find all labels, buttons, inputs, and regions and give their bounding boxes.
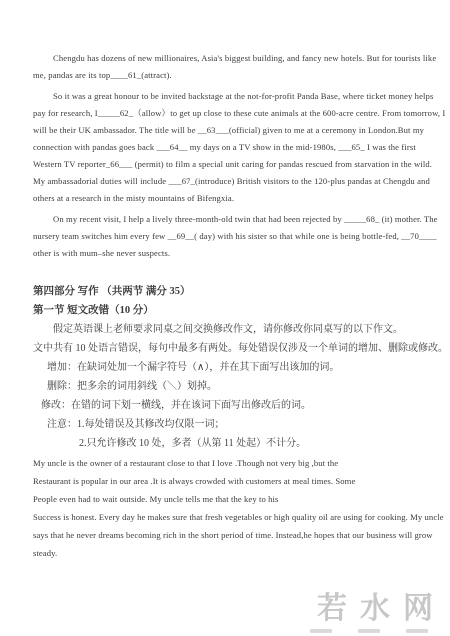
cloze-line: others at a research in the misty mounta… — [33, 190, 428, 207]
cloze-passage: Chengdu has dozens of new millionaires, … — [33, 50, 428, 262]
cloze-line: Western TV reporter_66___ (permit) to fi… — [33, 156, 428, 173]
watermark-mark — [310, 629, 332, 633]
note-line-2: 2.只允许修改 10 处，多者（从第 11 处起）不计分。 — [33, 434, 428, 453]
rule-add: 增加：在缺词处加一个漏字符号（∧），并在其下面写出该加的词。 — [33, 358, 428, 377]
cloze-paragraph: So it was a great honour to be invited b… — [33, 88, 428, 207]
cloze-paragraph: On my recent visit, I help a lively thre… — [33, 211, 428, 262]
writing-section: 第四部分 写作 （共两节 满分 35） 第一节 短文改错（10 分） 假定英语课… — [33, 282, 428, 453]
essay-line: steady. — [33, 544, 428, 562]
rule-modify: 修改：在错的词下划一横线，并在该词下面写出修改后的词。 — [33, 396, 428, 415]
note-line-1: 注意：1.每处错误及其修改均仅限一词； — [33, 415, 428, 434]
section-heading: 第一节 短文改错（10 分） — [33, 301, 428, 320]
exam-paper-page: Chengdu has dozens of new millionaires, … — [0, 0, 450, 636]
essay-line: says that he never dreams becoming rich … — [33, 526, 428, 544]
cloze-line: So it was a great honour to be invited b… — [33, 88, 428, 105]
instruction-intro: 假定英语课上老师要求同桌之间交换修改作文，请你修改你同桌写的以下作文。 — [33, 320, 428, 339]
cloze-line: will be their UK ambassador. The title w… — [33, 122, 428, 139]
essay-line: My uncle is the owner of a restaurant cl… — [33, 454, 428, 472]
watermark-mark — [358, 629, 380, 633]
cloze-paragraph: Chengdu has dozens of new millionaires, … — [33, 50, 428, 84]
cloze-line: nursery team switches him every few __69… — [33, 228, 428, 245]
cloze-line: me, pandas are its top____61_(attract). — [33, 67, 428, 84]
cloze-line: other is with mum–she never suspects. — [33, 245, 428, 262]
instruction-error-count: 文中共有 10 处语言错误，每句中最多有两处。每处错误仅涉及一个单词的增加、删除… — [33, 339, 428, 358]
watermark-marks — [310, 629, 428, 633]
rule-delete: 删除：把多余的词用斜线（＼）划掉。 — [33, 377, 428, 396]
cloze-line: connection with pandas goes back ___64__… — [33, 139, 428, 156]
cloze-line: Chengdu has dozens of new millionaires, … — [33, 50, 428, 67]
watermark-text: 若水网 — [317, 594, 446, 624]
cloze-line: pay for research, I_____62_（allow）to get… — [33, 105, 428, 122]
cloze-line: On my recent visit, I help a lively thre… — [33, 211, 428, 228]
cloze-line: My ambassadorial duties will include ___… — [33, 173, 428, 190]
essay-passage: My uncle is the owner of a restaurant cl… — [33, 454, 428, 562]
watermark-mark — [406, 629, 428, 633]
essay-line: People even had to wait outside. My uncl… — [33, 490, 428, 508]
essay-line: Success is honest. Every day he makes su… — [33, 508, 428, 526]
essay-line: Restaurant is popular in our area .It is… — [33, 472, 428, 490]
part-heading: 第四部分 写作 （共两节 满分 35） — [33, 282, 428, 301]
